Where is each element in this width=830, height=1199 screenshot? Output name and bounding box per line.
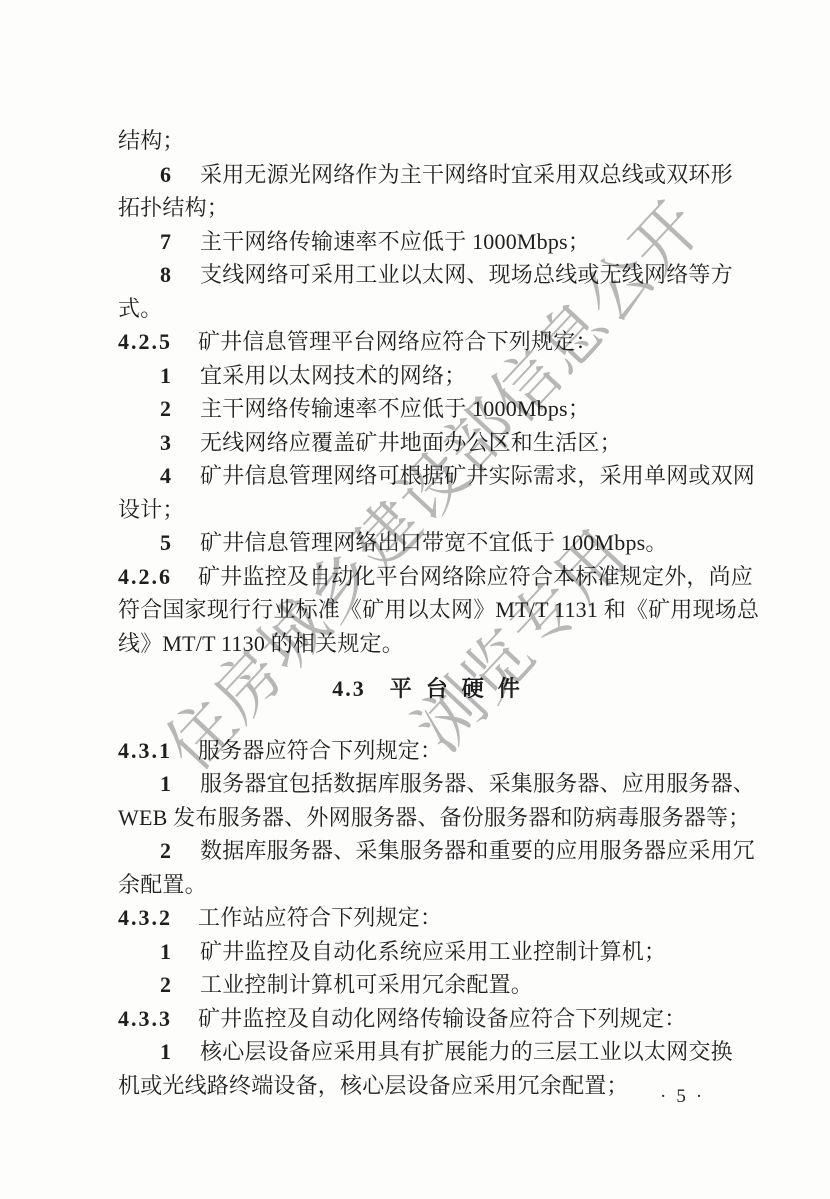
line-text: 服务器宜包括数据库服务器、采集服务器、应用服务器、 bbox=[200, 771, 755, 796]
text-line: 结构； bbox=[118, 124, 734, 158]
item-number: 6 bbox=[160, 158, 200, 192]
page-number-right-dot: · bbox=[696, 1086, 702, 1107]
document-lines: 结构；6采用无源光网络作为主干网络时宜采用双总线或双环形拓扑结构；7主干网络传输… bbox=[118, 124, 734, 1102]
line-text: 主干网络传输速率不应低于 1000Mbps； bbox=[200, 229, 590, 254]
item-number: 1 bbox=[160, 359, 200, 393]
line-text: 线》MT/T 1130 的相关规定。 bbox=[118, 631, 404, 656]
line-text: 符合国家现行行业标准《矿用以太网》MT/T 1131 和《矿用现场总 bbox=[118, 597, 759, 622]
text-line: 4.2.5矿井信息管理平台网络应符合下列规定： bbox=[118, 325, 734, 359]
text-line: 1宜采用以太网技术的网络； bbox=[118, 359, 734, 393]
text-line: 2主干网络传输速率不应低于 1000Mbps； bbox=[118, 392, 734, 426]
line-text: 核心层设备应采用具有扩展能力的三层工业以太网交换 bbox=[200, 1039, 733, 1064]
text-line: 设计； bbox=[118, 493, 734, 527]
clause-number: 4.2.5 bbox=[118, 325, 198, 359]
text-line: 2数据库服务器、采集服务器和重要的应用服务器应采用冗 bbox=[118, 834, 734, 868]
clause-number: 4.2.6 bbox=[118, 560, 198, 594]
text-line: 3无线网络应覆盖矿井地面办公区和生活区； bbox=[118, 426, 734, 460]
line-text: 工作站应符合下列规定： bbox=[198, 905, 442, 930]
text-line: 8支线网络可采用工业以太网、现场总线或无线网络等方 bbox=[118, 258, 734, 292]
section-heading: 4.3平台硬件 bbox=[118, 672, 734, 706]
line-text: WEB 发布服务器、外网服务器、备份服务器和防病毒服务器等； bbox=[118, 805, 750, 830]
item-number: 2 bbox=[160, 392, 200, 426]
item-number: 2 bbox=[160, 834, 200, 868]
text-line: 4矿井信息管理网络可根据矿井实际需求，采用单网或双网 bbox=[118, 459, 734, 493]
page-number-left-dot: · bbox=[660, 1086, 666, 1107]
line-text: 服务器应符合下列规定： bbox=[198, 738, 442, 763]
text-line: 4.3.2工作站应符合下列规定： bbox=[118, 901, 734, 935]
clause-number: 4.3.3 bbox=[118, 1002, 198, 1036]
text-line: 线》MT/T 1130 的相关规定。 bbox=[118, 627, 734, 661]
item-number: 3 bbox=[160, 426, 200, 460]
text-line: 4.3.3矿井监控及自动化网络传输设备应符合下列规定： bbox=[118, 1002, 734, 1036]
text-line: 4.2.6矿井监控及自动化平台网络除应符合本标准规定外，尚应 bbox=[118, 560, 734, 594]
text-line: 4.3.1服务器应符合下列规定： bbox=[118, 734, 734, 768]
clause-number: 4.3.2 bbox=[118, 901, 198, 935]
text-line: 1核心层设备应采用具有扩展能力的三层工业以太网交换 bbox=[118, 1035, 734, 1069]
page-number: ·5· bbox=[660, 1086, 702, 1108]
text-line: 7主干网络传输速率不应低于 1000Mbps； bbox=[118, 225, 734, 259]
line-text: 采用无源光网络作为主干网络时宜采用双总线或双环形 bbox=[200, 162, 733, 187]
item-number: 1 bbox=[160, 767, 200, 801]
line-text: 支线网络可采用工业以太网、现场总线或无线网络等方 bbox=[200, 262, 733, 287]
text-line: WEB 发布服务器、外网服务器、备份服务器和防病毒服务器等； bbox=[118, 801, 734, 835]
line-text: 矿井信息管理平台网络应符合下列规定： bbox=[198, 329, 598, 354]
text-line: 6采用无源光网络作为主干网络时宜采用双总线或双环形 bbox=[118, 158, 734, 192]
heading-title: 平台硬件 bbox=[390, 676, 534, 701]
line-text: 拓扑结构； bbox=[118, 195, 229, 220]
document-page: 结构；6采用无源光网络作为主干网络时宜采用双总线或双环形拓扑结构；7主干网络传输… bbox=[0, 0, 830, 1199]
text-line: 1服务器宜包括数据库服务器、采集服务器、应用服务器、 bbox=[118, 767, 734, 801]
item-number: 1 bbox=[160, 935, 200, 969]
line-text: 余配置。 bbox=[118, 872, 207, 897]
text-line: 符合国家现行行业标准《矿用以太网》MT/T 1131 和《矿用现场总 bbox=[118, 593, 734, 627]
line-text: 矿井监控及自动化网络传输设备应符合下列规定： bbox=[198, 1006, 686, 1031]
line-text: 宜采用以太网技术的网络； bbox=[200, 363, 466, 388]
line-text: 无线网络应覆盖矿井地面办公区和生活区； bbox=[200, 430, 622, 455]
text-line: 拓扑结构； bbox=[118, 191, 734, 225]
item-number: 8 bbox=[160, 258, 200, 292]
text-line: 余配置。 bbox=[118, 868, 734, 902]
line-text: 数据库服务器、采集服务器和重要的应用服务器应采用冗 bbox=[200, 838, 755, 863]
page-number-value: 5 bbox=[676, 1086, 686, 1107]
line-text: 工业控制计算机可采用冗余配置。 bbox=[200, 972, 533, 997]
item-number: 2 bbox=[160, 968, 200, 1002]
text-line: 式。 bbox=[118, 292, 734, 326]
line-text: 设计； bbox=[118, 497, 185, 522]
item-number: 7 bbox=[160, 225, 200, 259]
line-text: 式。 bbox=[118, 296, 162, 321]
line-text: 矿井信息管理网络可根据矿井实际需求，采用单网或双网 bbox=[200, 463, 755, 488]
text-line: 2工业控制计算机可采用冗余配置。 bbox=[118, 968, 734, 1002]
line-text: 机或光线路终端设备，核心层设备应采用冗余配置； bbox=[118, 1073, 629, 1098]
clause-number: 4.3.1 bbox=[118, 734, 198, 768]
item-number: 1 bbox=[160, 1035, 200, 1069]
line-text: 主干网络传输速率不应低于 1000Mbps； bbox=[200, 396, 590, 421]
line-text: 结构； bbox=[118, 128, 185, 153]
line-text: 矿井监控及自动化平台网络除应符合本标准规定外，尚应 bbox=[198, 564, 753, 589]
text-line: 机或光线路终端设备，核心层设备应采用冗余配置； bbox=[118, 1069, 734, 1103]
line-text: 矿井监控及自动化系统应采用工业控制计算机； bbox=[200, 939, 666, 964]
text-line: 1矿井监控及自动化系统应采用工业控制计算机； bbox=[118, 935, 734, 969]
line-text: 矿井信息管理网络出口带宽不宜低于 100Mbps。 bbox=[200, 530, 668, 555]
heading-number: 4.3 bbox=[332, 676, 366, 701]
item-number: 5 bbox=[160, 526, 200, 560]
text-line: 5矿井信息管理网络出口带宽不宜低于 100Mbps。 bbox=[118, 526, 734, 560]
item-number: 4 bbox=[160, 459, 200, 493]
